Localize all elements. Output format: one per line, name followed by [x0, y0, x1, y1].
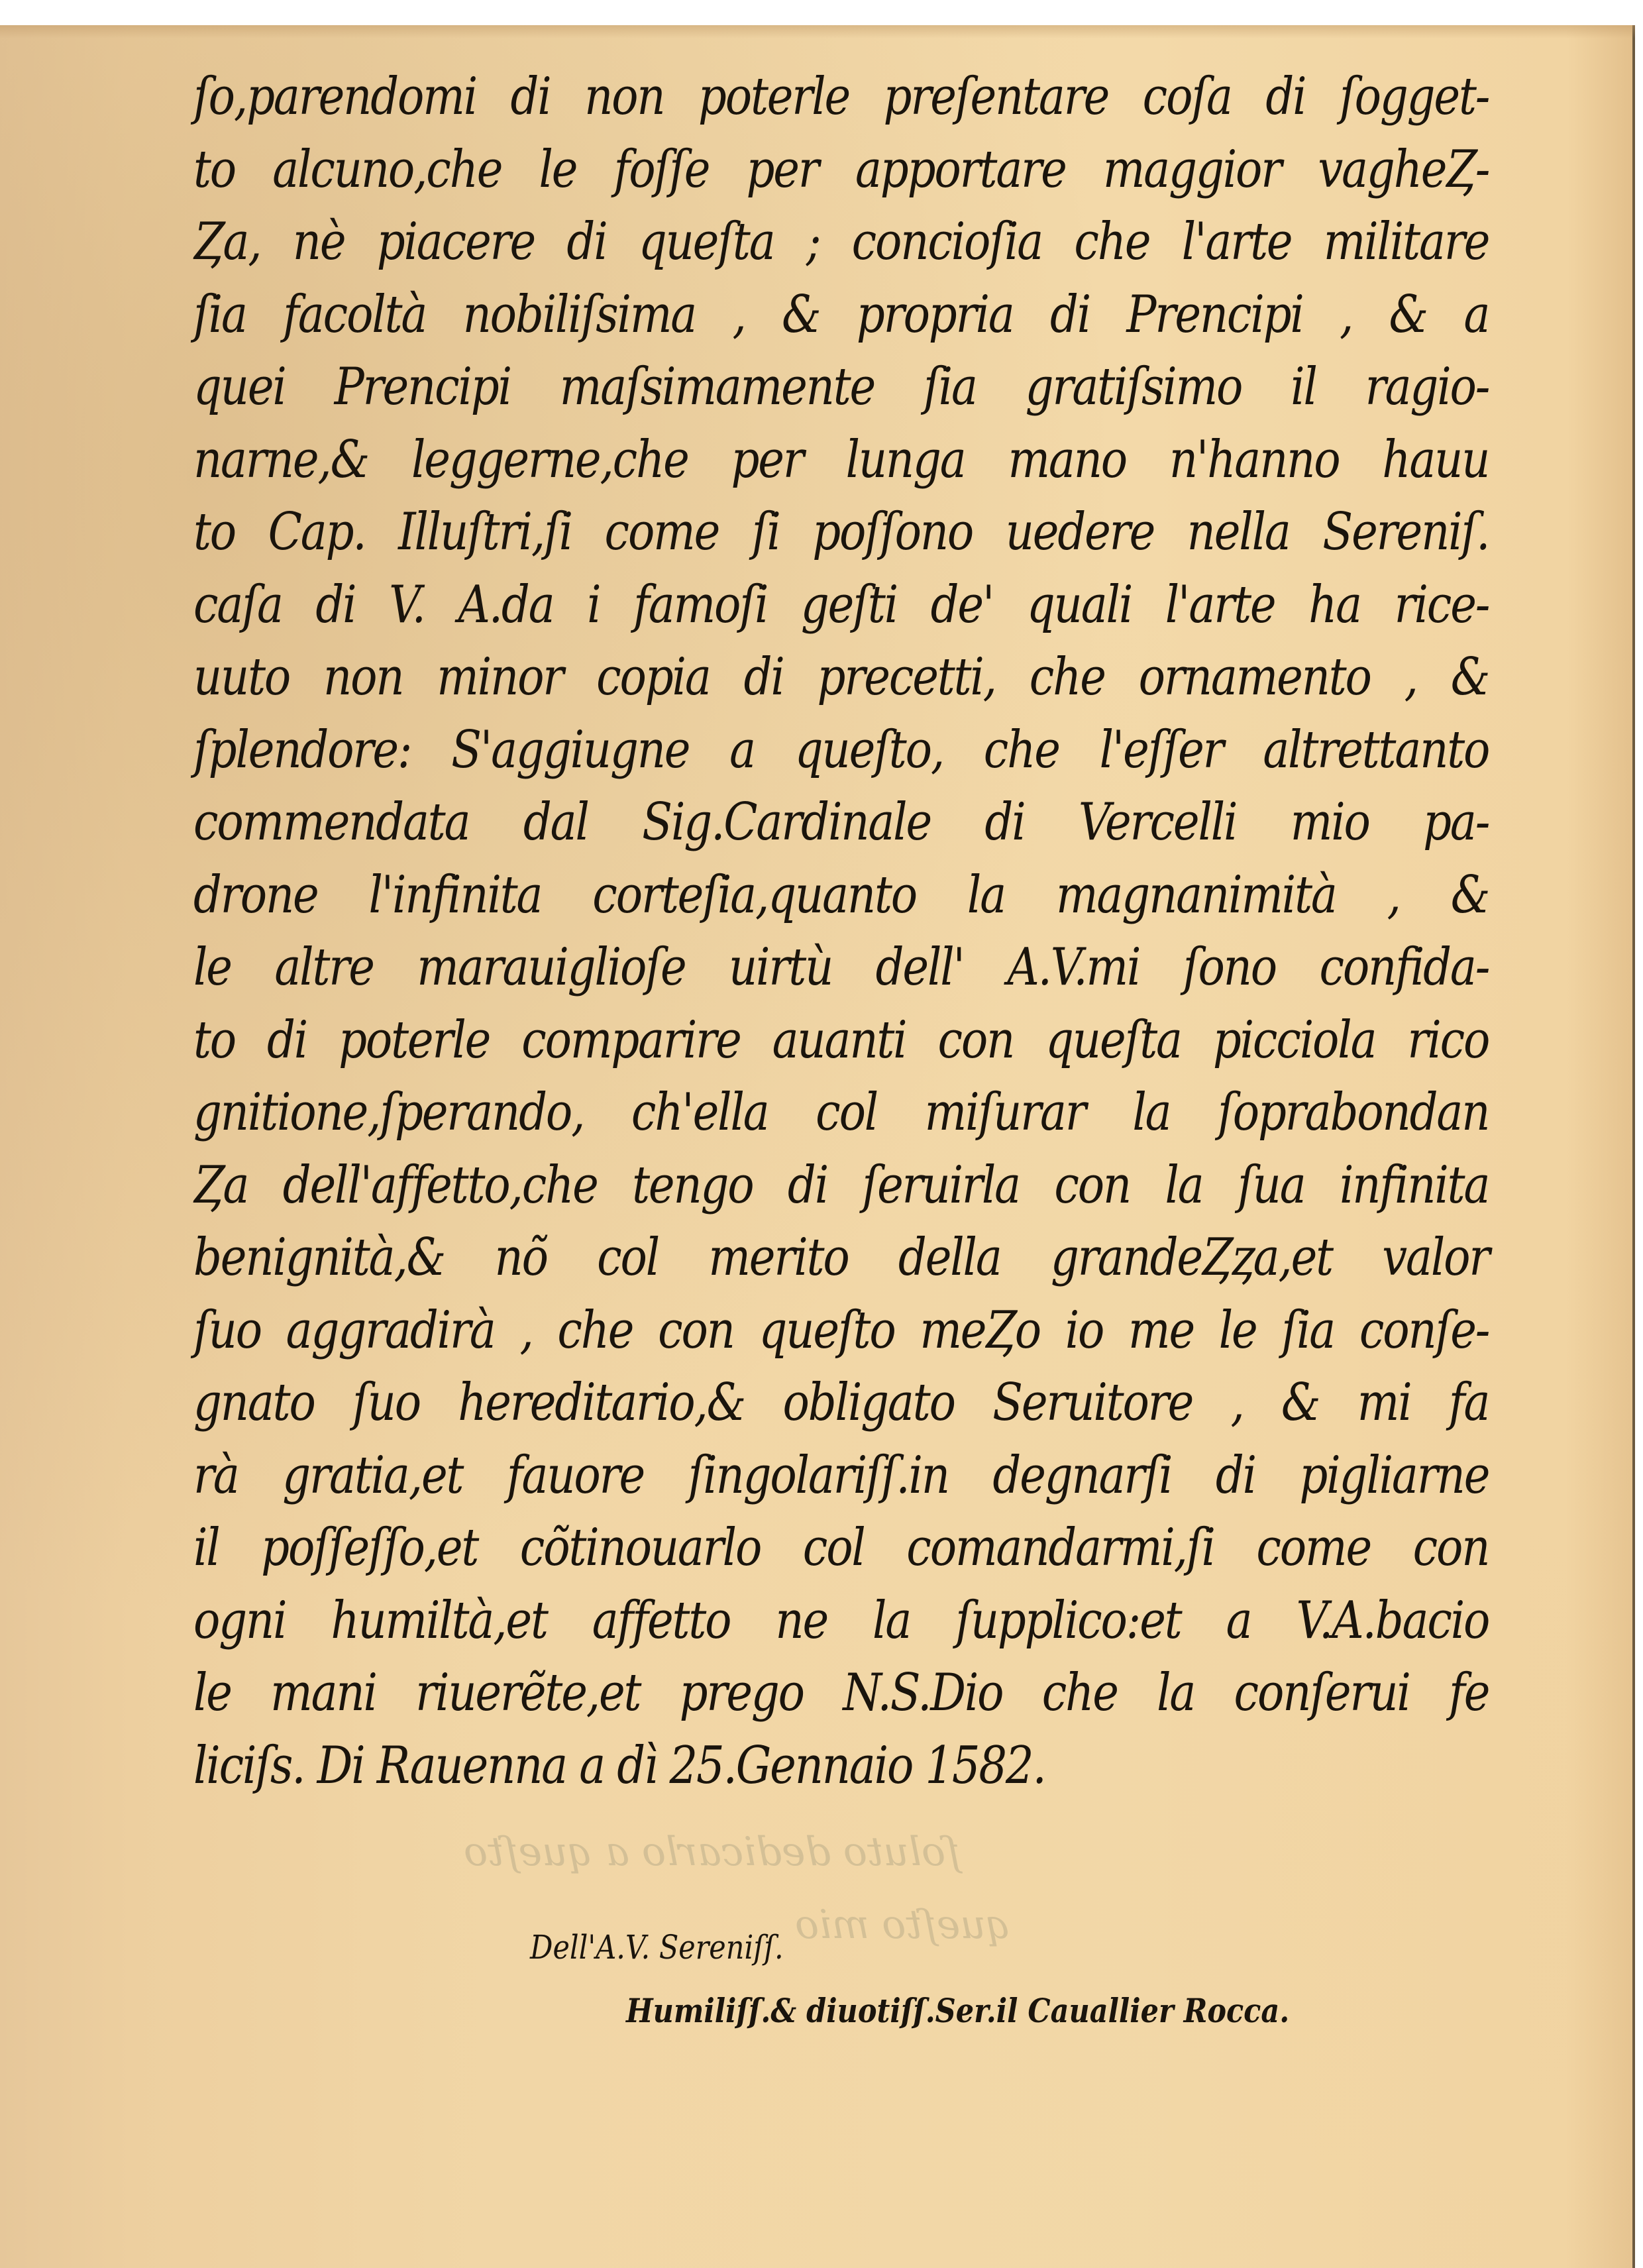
text-line: commendata dal Sig.Cardinale di Vercelli… — [193, 786, 1489, 859]
text-line: drone l'infinita corteſia,quanto la magn… — [193, 859, 1489, 932]
text-line: benignità,& nõ col merito della grandeȤȥ… — [193, 1222, 1489, 1295]
letter-body: ſo,parendomi di non poterle preſentare c… — [193, 61, 1492, 1802]
show-through-text: ſoluto dedicarlo a queſto — [464, 1829, 960, 1875]
text-line: ſo,parendomi di non poterle preſentare c… — [193, 61, 1489, 134]
page-top-shadow — [0, 25, 1635, 38]
text-line: rà gratia,et fauore ſingolariſſ.in degna… — [193, 1440, 1489, 1513]
text-line: il poſſeſſo,et cõtinouarlo col comandarm… — [193, 1512, 1489, 1585]
date-line: liciſs. Di Rauenna a dì 25.Gennaio 1582. — [193, 1730, 1489, 1803]
text-line: to Cap. Illuſtri,ſi come ſi poſſono uede… — [193, 496, 1489, 569]
text-line: gnato ſuo hereditario,& obligato Seruito… — [193, 1367, 1489, 1440]
text-line: le mani riuerẽte,et prego N.S.Dio che la… — [193, 1657, 1489, 1730]
text-line: ſia facoltà nobiliſsima , & propria di P… — [193, 279, 1489, 352]
text-line: caſa di V. A.da i famoſi geſti de' quali… — [193, 569, 1489, 642]
text-line: uuto non minor copia di precetti, che or… — [193, 641, 1489, 714]
closing-salutation: Dell'A.V. Sereniſſ. — [530, 1928, 784, 1967]
text-line: ſplendore: S'aggiugne a queſto, che l'eſ… — [193, 714, 1489, 787]
text-line: gnitione,ſperando, ch'ella col miſurar l… — [193, 1077, 1489, 1150]
show-through-text: queſto mio — [795, 1902, 1011, 1948]
text-line: quei Prencipi maſsimamente ſia gratiſsim… — [193, 351, 1489, 424]
text-line: Ȥa dell'affetto,che tengo di ſeruirla co… — [193, 1150, 1489, 1222]
text-line: ogni humiltà,et affetto ne la ſupplico:e… — [193, 1585, 1489, 1658]
text-line: ſuo aggradirà , che con queſto meȤo io m… — [193, 1295, 1489, 1368]
text-line: le altre marauiglioſe uirtù dell' A.V.mi… — [193, 932, 1489, 1004]
text-line: to di poterle comparire auanti con queſt… — [193, 1004, 1489, 1077]
text-line: to alcuno,che le foſſe per apportare mag… — [193, 134, 1489, 207]
text-line: Ȥa, nè piacere di queſta ; concioſia che… — [193, 206, 1489, 279]
text-line: narne,& leggerne,che per lunga mano n'ha… — [193, 424, 1489, 497]
signature: Humiliſſ.& diuotiſſ.Ser.il Cauallier Roc… — [626, 1991, 1289, 2030]
